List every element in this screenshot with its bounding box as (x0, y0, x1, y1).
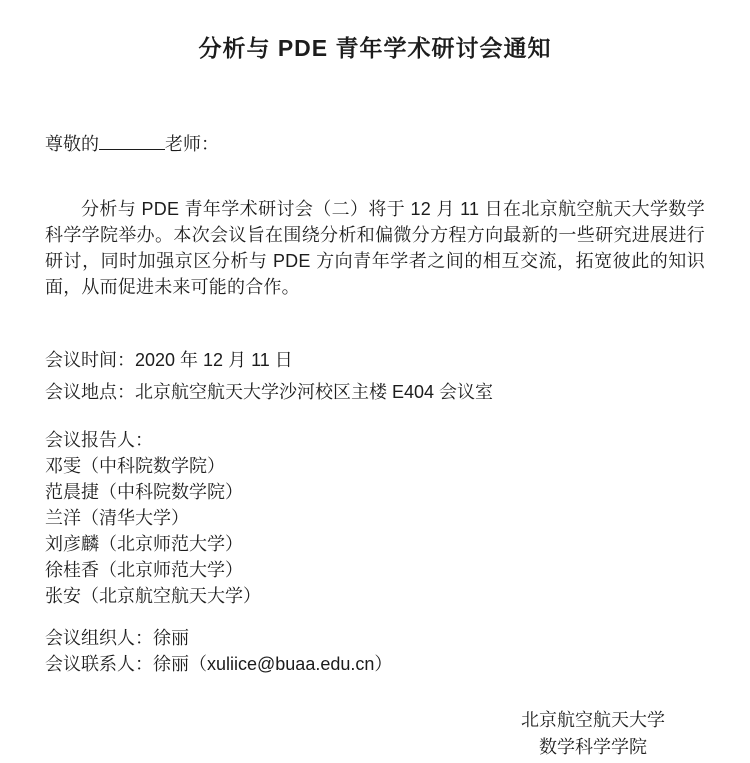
salutation-line: 尊敬的老师： (45, 131, 705, 158)
signature-university: 北京航空航天大学 (521, 707, 665, 734)
organizer-line: 会议组织人：徐丽 (45, 625, 705, 651)
meeting-details: 会议时间：2020 年 12 月 11 日 会议地点：北京航空航天大学沙河校区主… (45, 344, 705, 408)
organizer-value: 徐丽 (153, 628, 189, 648)
speakers-section: 会议报告人： 邓雯（中科院数学院） 范晨捷（中科院数学院） 兰洋（清华大学） 刘… (45, 427, 705, 609)
organization-section: 会议组织人：徐丽 会议联系人：徐丽（xuliice@buaa.edu.cn） (45, 625, 705, 677)
contact-line: 会议联系人：徐丽（xuliice@buaa.edu.cn） (45, 651, 705, 677)
signature-school: 数学科学学院 (521, 734, 665, 761)
meeting-location-label: 会议地点： (45, 382, 135, 402)
speaker-item: 邓雯（中科院数学院） (45, 453, 705, 479)
speaker-item: 张安（北京航空航天大学） (45, 583, 705, 609)
organizer-label: 会议组织人： (45, 628, 153, 648)
speaker-item: 兰洋（清华大学） (45, 505, 705, 531)
document-title: 分析与 PDE 青年学术研讨会通知 (45, 0, 705, 65)
meeting-location-value: 北京航空航天大学沙河校区主楼 E404 会议室 (135, 382, 493, 402)
signature-block: 北京航空航天大学 数学科学学院 (521, 707, 665, 761)
meeting-time-line: 会议时间：2020 年 12 月 11 日 (45, 344, 705, 376)
speakers-heading: 会议报告人： (45, 427, 705, 453)
speaker-item: 刘彦麟（北京师范大学） (45, 531, 705, 557)
meeting-time-label: 会议时间： (45, 350, 135, 370)
speaker-item: 范晨捷（中科院数学院） (45, 479, 705, 505)
intro-paragraph: 分析与 PDE 青年学术研讨会（二）将于 12 月 11 日在北京航空航天大学数… (45, 196, 705, 300)
notice-document: 分析与 PDE 青年学术研讨会通知 尊敬的老师： 分析与 PDE 青年学术研讨会… (0, 0, 750, 763)
salutation-prefix: 尊敬的 (45, 134, 99, 154)
meeting-location-line: 会议地点：北京航空航天大学沙河校区主楼 E404 会议室 (45, 376, 705, 408)
salutation-suffix: 老师： (165, 134, 219, 154)
contact-label: 会议联系人： (45, 654, 153, 674)
meeting-time-value: 2020 年 12 月 11 日 (135, 350, 293, 370)
name-blank-underline (99, 132, 165, 150)
speaker-item: 徐桂香（北京师范大学） (45, 557, 705, 583)
contact-value: 徐丽（xuliice@buaa.edu.cn） (153, 654, 392, 674)
